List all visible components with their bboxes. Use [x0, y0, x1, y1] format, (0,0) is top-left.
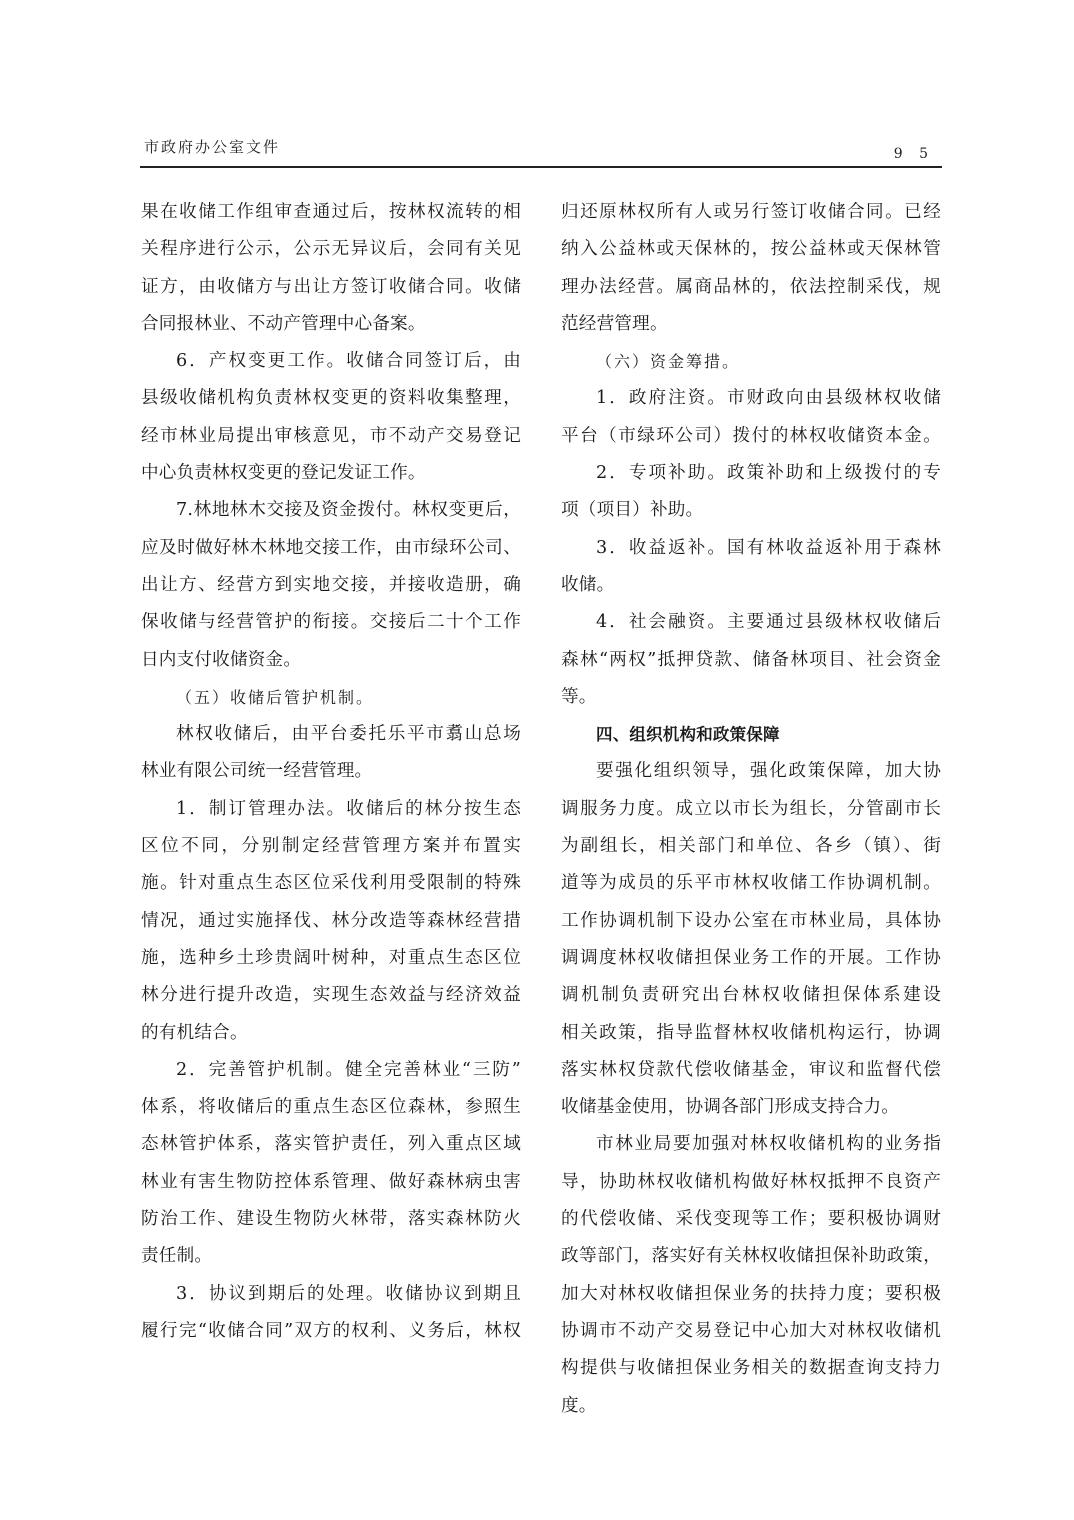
- text-line: 归还原林权所有人或另行签订收储合同。已经: [561, 194, 941, 231]
- text-line: 调调度林权收储担保业务工作的开展。工作协: [561, 940, 941, 977]
- header-divider: [140, 166, 942, 168]
- text-line: 市林业局要加强对林权收储机构的业务指: [561, 1126, 941, 1163]
- text-line: 1．政府注资。市财政向由县级林权收储: [561, 380, 941, 417]
- text-line: 保收储与经营管护的衔接。交接后二十个工作: [141, 604, 521, 641]
- right-column: 归还原林权所有人或另行签订收储合同。已经纳入公益林或天保林的，按公益林或天保林管…: [561, 194, 941, 1425]
- text-line: 林业有限公司统一经营管理。: [141, 753, 521, 790]
- text-line: 果在收储工作组审查通过后，按林权流转的相: [141, 194, 521, 231]
- text-line: 防治工作、建设生物防火林带，落实森林防火: [141, 1201, 521, 1238]
- text-line: 项（项目）补助。: [561, 492, 941, 529]
- text-line: 应及时做好林木林地交接工作，由市绿环公司、: [141, 530, 521, 567]
- text-line: 森林“两权”抵押贷款、储备林项目、社会资金: [561, 642, 941, 679]
- left-column: 果在收储工作组审查通过后，按林权流转的相关程序进行公示，公示无异议后，会同有关见…: [141, 194, 521, 1350]
- text-line: 道等为成员的乐平市林权收储工作协调机制。: [561, 865, 941, 902]
- text-line: 出让方、经营方到实地交接，并接收造册，确: [141, 567, 521, 604]
- text-line: 构提供与收储担保业务相关的数据查询支持力: [561, 1350, 941, 1387]
- text-line: 中心负责林权变更的登记发证工作。: [141, 455, 521, 492]
- text-line: 证方，由收储方与出让方签订收储合同。收储: [141, 269, 521, 306]
- text-line: 态林管护体系，落实管护责任，列入重点区域: [141, 1126, 521, 1163]
- text-line: 要强化组织领导，强化政策保障，加大协: [561, 753, 941, 790]
- text-line: 协调市不动产交易登记中心加大对林权收储机: [561, 1313, 941, 1350]
- text-line: 4．社会融资。主要通过县级林权收储后: [561, 604, 941, 641]
- text-line: 责任制。: [141, 1238, 521, 1275]
- text-line: 履行完“收储合同”双方的权利、义务后，林权: [141, 1313, 521, 1350]
- document-source-title: 市政府办公室文件: [144, 136, 280, 157]
- text-line: 理办法经营。属商品林的，依法控制采伐，规: [561, 269, 941, 306]
- text-line: 调服务力度。成立以市长为组长，分管副市长: [561, 791, 941, 828]
- text-line: 度。: [561, 1388, 941, 1425]
- text-line: 体系，将收储后的重点生态区位森林，参照生: [141, 1089, 521, 1126]
- text-line: 3．收益返补。国有林收益返补用于森林: [561, 530, 941, 567]
- section-heading: 四、组织机构和政策保障: [561, 716, 941, 753]
- text-line: 落实林权贷款代偿收储基金，审议和监督代偿: [561, 1052, 941, 1089]
- text-line: 施，选种乡土珍贵阔叶树种，对重点生态区位: [141, 940, 521, 977]
- page-header: 市政府办公室文件 9 5: [140, 136, 940, 166]
- text-line: 2．完善管护机制。健全完善林业“三防”: [141, 1052, 521, 1089]
- text-line: 政等部门，落实好有关林权收储担保补助政策，: [561, 1238, 941, 1275]
- text-line: 为副组长，相关部门和单位、各乡（镇）、街: [561, 828, 941, 865]
- text-line: 工作协调机制下设办公室在市林业局，具体协: [561, 903, 941, 940]
- text-line: 等。: [561, 679, 941, 716]
- section-subheading: （五）收储后管护机制。: [141, 679, 521, 716]
- text-line: 林业有害生物防控体系管理、做好森林病虫害: [141, 1164, 521, 1201]
- text-line: 2．专项补助。政策补助和上级拨付的专: [561, 455, 941, 492]
- text-line: 收储。: [561, 567, 941, 604]
- text-line: 收储基金使用，协调各部门形成支持合力。: [561, 1089, 941, 1126]
- text-line: 调机制负责研究出台林权收储担保体系建设: [561, 977, 941, 1014]
- text-line: 导，协助林权收储机构做好林权抵押不良资产: [561, 1164, 941, 1201]
- text-line: 相关政策，指导监督林权收储机构运行，协调: [561, 1015, 941, 1052]
- text-line: 情况，通过实施择伐、林分改造等森林经营措: [141, 903, 521, 940]
- text-line: 的代偿收储、采伐变现等工作；要积极协调财: [561, 1201, 941, 1238]
- text-line: 合同报林业、不动产管理中心备案。: [141, 306, 521, 343]
- text-line: 1．制订管理办法。收储后的林分按生态: [141, 791, 521, 828]
- text-line: 关程序进行公示，公示无异议后，会同有关见: [141, 231, 521, 268]
- text-line: 6．产权变更工作。收储合同签订后，由: [141, 343, 521, 380]
- text-line: 范经营管理。: [561, 306, 941, 343]
- text-line: 7.林地林木交接及资金拨付。林权变更后，: [141, 492, 521, 529]
- text-line: 林权收储后，由平台委托乐平市翥山总场: [141, 716, 521, 753]
- page-number: 9 5: [894, 146, 934, 162]
- text-line: 纳入公益林或天保林的，按公益林或天保林管: [561, 231, 941, 268]
- text-line: 施。针对重点生态区位采伐利用受限制的特殊: [141, 865, 521, 902]
- text-line: 林分进行提升改造，实现生态效益与经济效益: [141, 977, 521, 1014]
- section-subheading: （六）资金筹措。: [561, 343, 941, 380]
- text-line: 区位不同，分别制定经营管理方案并布置实: [141, 828, 521, 865]
- text-line: 的有机结合。: [141, 1015, 521, 1052]
- text-line: 日内支付收储资金。: [141, 642, 521, 679]
- text-line: 县级收储机构负责林权变更的资料收集整理，: [141, 380, 521, 417]
- text-line: 经市林业局提出审核意见，市不动产交易登记: [141, 418, 521, 455]
- text-line: 平台（市绿环公司）拨付的林权收储资本金。: [561, 418, 941, 455]
- text-line: 3．协议到期后的处理。收储协议到期且: [141, 1276, 521, 1313]
- text-line: 加大对林权收储担保业务的扶持力度；要积极: [561, 1276, 941, 1313]
